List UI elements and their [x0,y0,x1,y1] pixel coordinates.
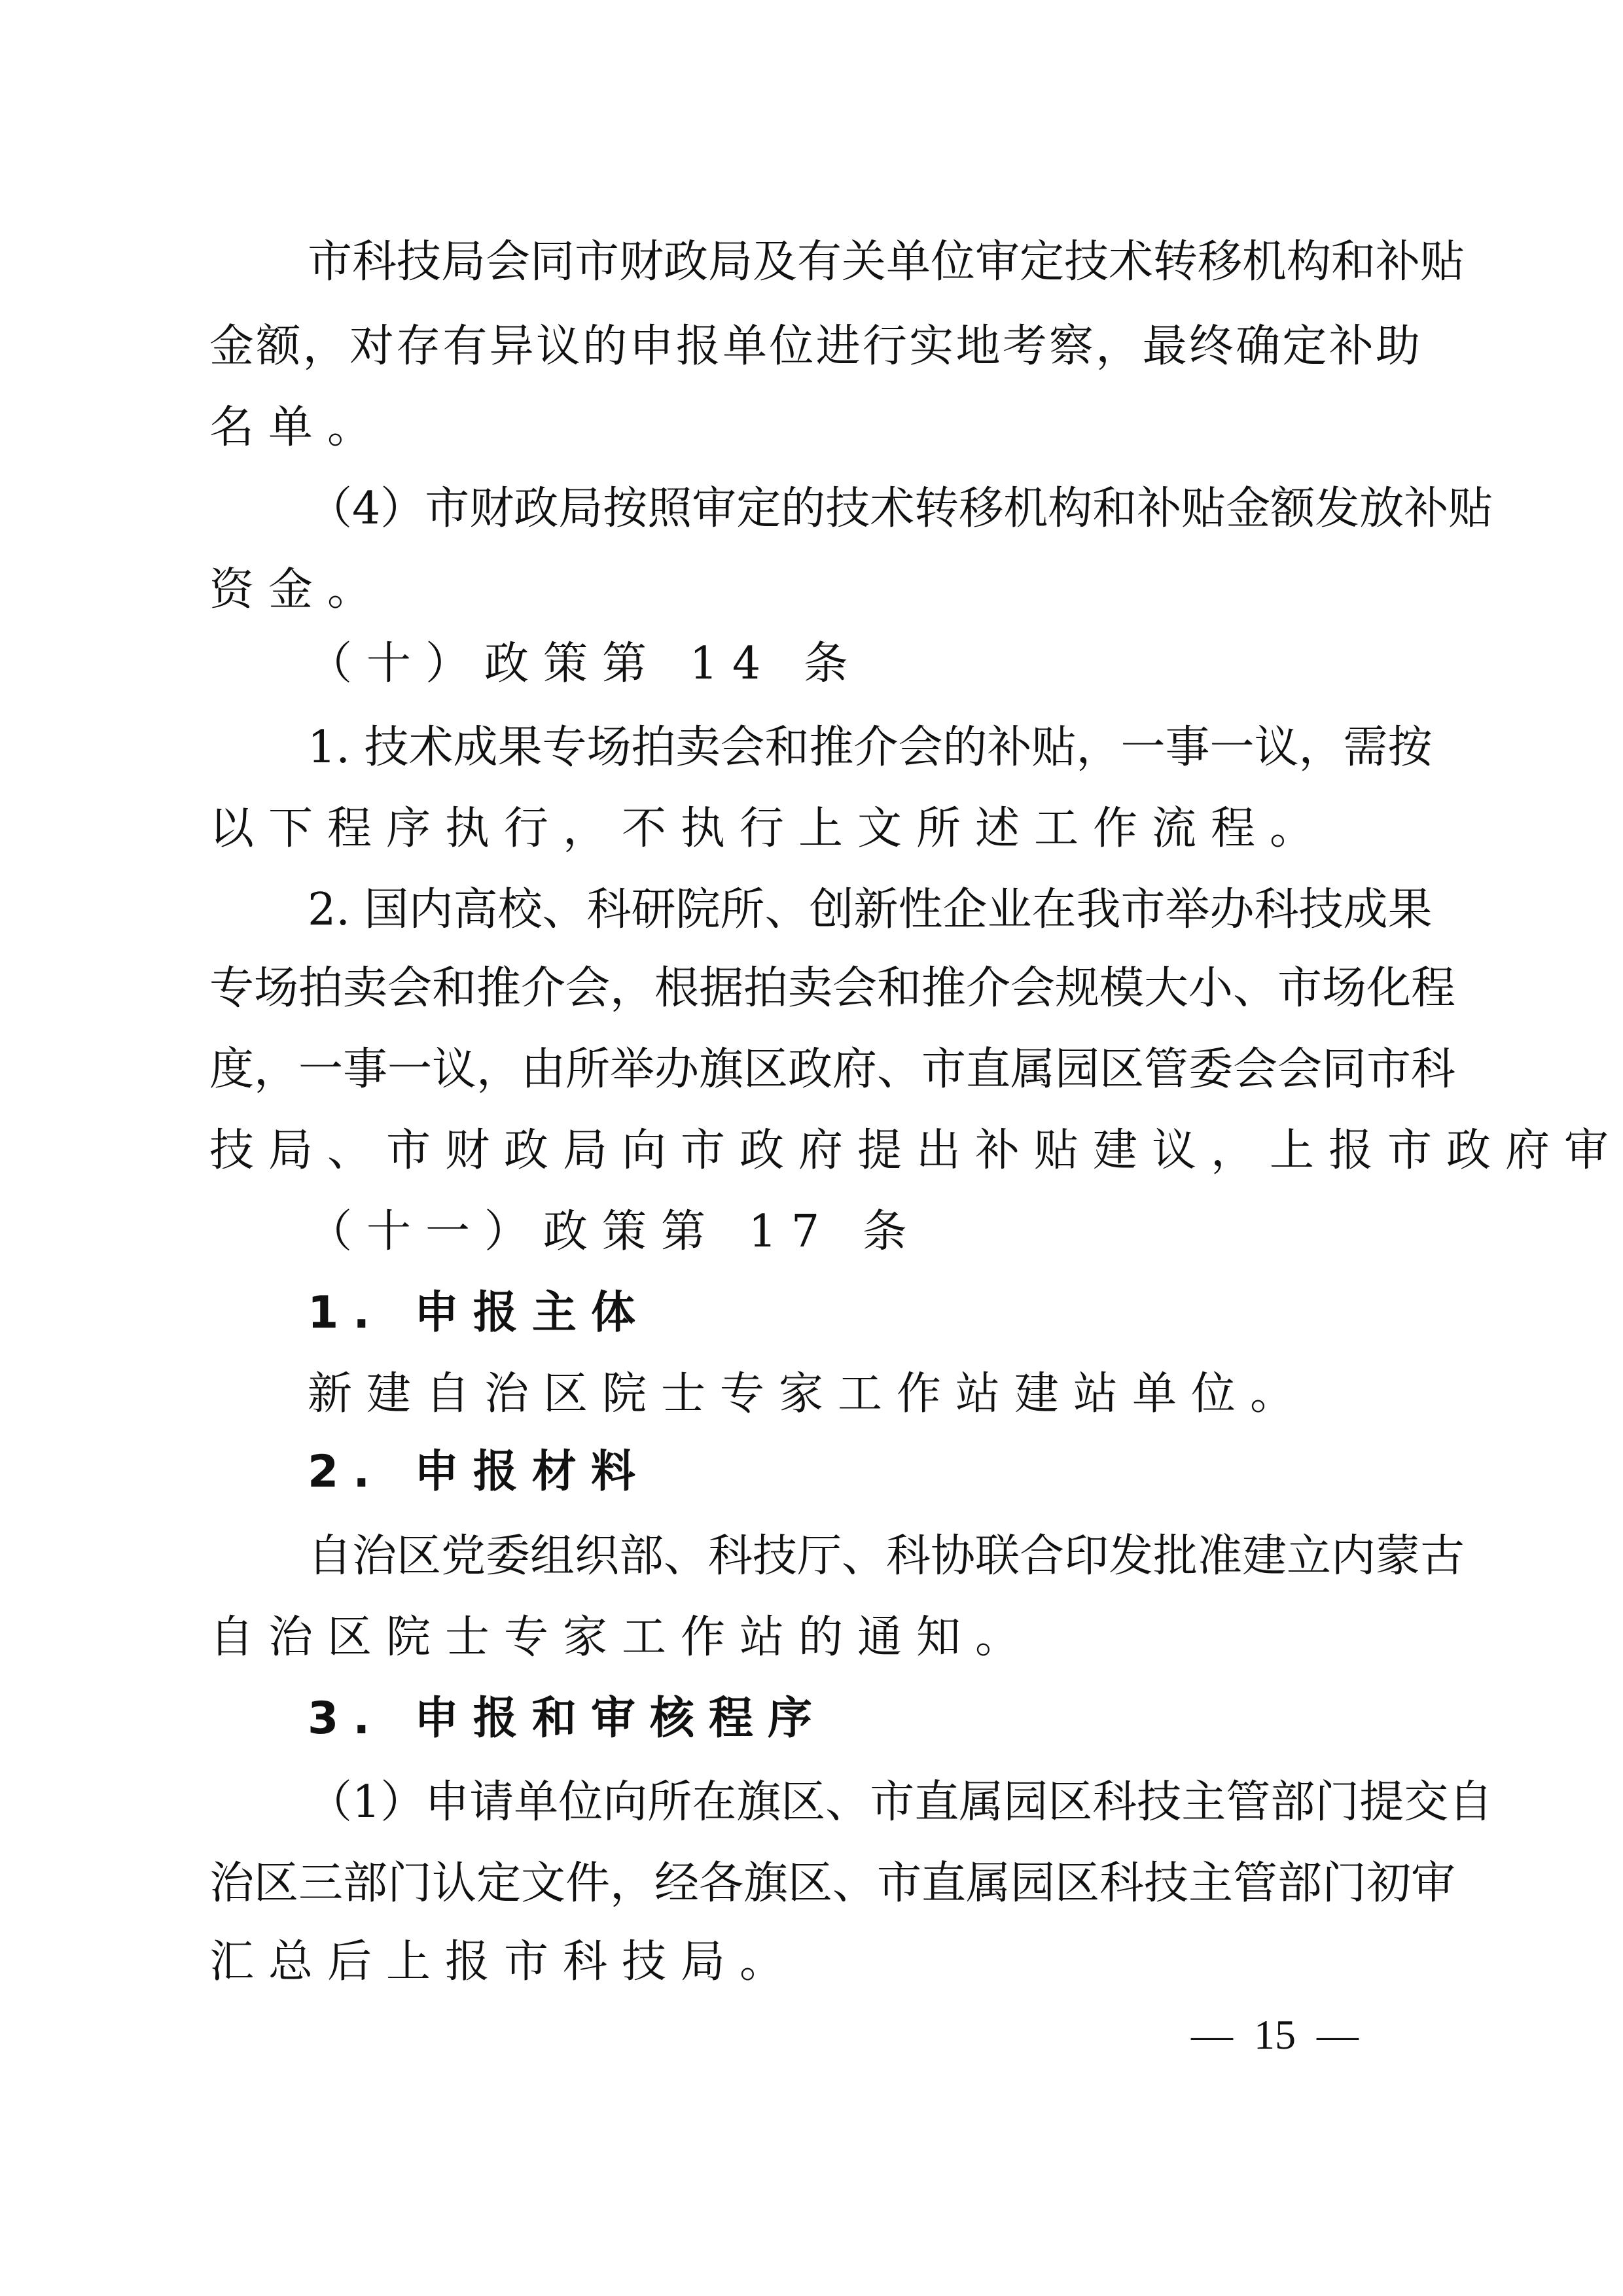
section-heading: （十）政策第 14 条 [308,635,1420,694]
section-heading: （十一）政策第 17 条 [308,1203,1420,1262]
paragraph-line: （1）申请单位向所在旗区、市直属园区科技主管部门提交自 [308,1773,1420,1832]
paragraph-line: 专场拍卖会和推介会，根据拍卖会和推介会规模大小、市场化程 [209,959,1420,1018]
subsection-heading: 3. 申报和审核程序 [308,1689,1420,1748]
paragraph-line: 技局、市财政局向市政府提出补贴建议，上报市政府审定。 [209,1122,1420,1180]
paragraph-line: 2. 国内高校、科研院所、创新性企业在我市举办科技成果 [308,881,1420,940]
paragraph-line: 治区三部门认定文件，经各旗区、市直属园区科技主管部门初审 [209,1854,1420,1913]
paragraph-line: 度，一事一议，由所举办旗区政府、市直属园区管委会会同市科 [209,1040,1420,1099]
paragraph-line: 以下程序执行，不执行上文所述工作流程。 [209,800,1420,858]
paragraph-line: 资金。 [209,561,1420,620]
paragraph-line: 市科技局会同市财政局及有关单位审定技术转移机构和补贴 [308,233,1420,292]
paragraph-line: 新建自治区院士专家工作站建站单位。 [308,1365,1420,1424]
subsection-heading: 1. 申报主体 [308,1284,1420,1343]
paragraph-line: （4）市财政局按照审定的技术转移机构和补贴金额发放补贴 [308,480,1420,539]
subsection-heading: 2. 申报材料 [308,1443,1420,1502]
paragraph-line: 1. 技术成果专场拍卖会和推介会的补贴，一事一议，需按 [308,718,1420,777]
paragraph-line: 金额，对存有异议的申报单位进行实地考察，最终确定补助 [209,317,1420,376]
paragraph-line: 名单。 [209,398,1420,457]
paragraph-line: 自治区院士专家工作站的通知。 [209,1608,1420,1667]
page-number: — 15 — [1191,2012,1359,2058]
paragraph-line: 自治区党委组织部、科技厅、科协联合印发批准建立内蒙古 [308,1527,1420,1586]
paragraph-line: 汇总后上报市科技局。 [209,1933,1420,1992]
